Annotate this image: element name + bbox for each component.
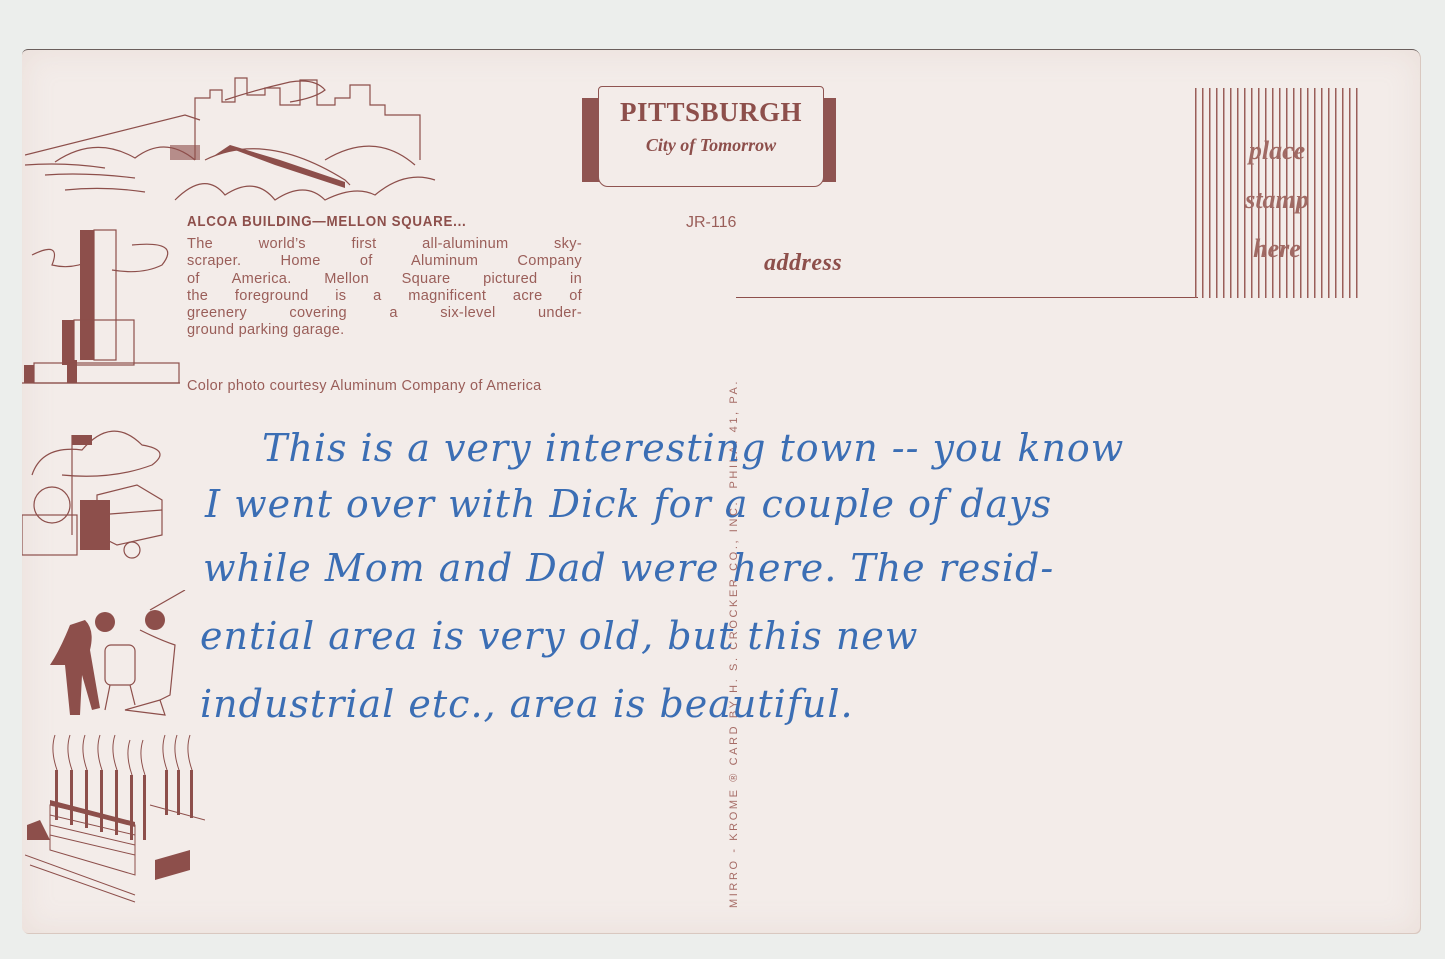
- stamp-box-text: place stamp here: [1195, 126, 1359, 273]
- title-banner: PITTSBURGH City of Tomorrow: [576, 86, 836, 196]
- description-line: the foreground is a magnificent acre of: [187, 288, 582, 305]
- bridges-skyline-icon: [25, 50, 445, 210]
- banner-subtitle: City of Tomorrow: [599, 135, 823, 156]
- handwritten-line: ential area is very old, but this new: [200, 614, 918, 658]
- baseball-players-icon: [30, 590, 200, 720]
- stamp-line: here: [1195, 224, 1359, 273]
- handwritten-line: while Mom and Dad were here. The resid-: [203, 546, 1054, 590]
- description-line: of America. Mellon Square pictured in: [187, 271, 582, 288]
- handwritten-line: I went over with Dick for a couple of da…: [205, 482, 1052, 526]
- banner-panel: PITTSBURGH City of Tomorrow: [598, 86, 824, 187]
- handwritten-line: This is a very interesting town -- you k…: [262, 426, 1124, 470]
- photo-credit: Color photo courtesy Aluminum Company of…: [187, 378, 542, 394]
- steel-mill-icon: [25, 730, 205, 905]
- description-line: The world’s first all-aluminum sky-: [187, 236, 582, 253]
- description-body: The world’s first all-aluminum sky- scra…: [187, 236, 582, 340]
- address-line: [736, 297, 1198, 298]
- description-line: ground parking garage.: [187, 322, 582, 339]
- banner-title: PITTSBURGH: [599, 97, 823, 128]
- description-title: ALCOA BUILDING—MELLON SQUARE...: [187, 214, 466, 230]
- skyscraper-icon: [22, 220, 182, 385]
- blockhouse-fort-icon: [22, 405, 192, 575]
- handwritten-line: industrial etc., area is beautiful.: [200, 682, 854, 726]
- description-line: greenery covering a six-level under-: [187, 305, 582, 322]
- stamp-line: place: [1195, 126, 1359, 175]
- description-line: scraper. Home of Aluminum Company: [187, 253, 582, 270]
- address-label: address: [764, 250, 842, 277]
- catalog-number: JR-116: [686, 214, 736, 232]
- stamp-line: stamp: [1195, 175, 1359, 224]
